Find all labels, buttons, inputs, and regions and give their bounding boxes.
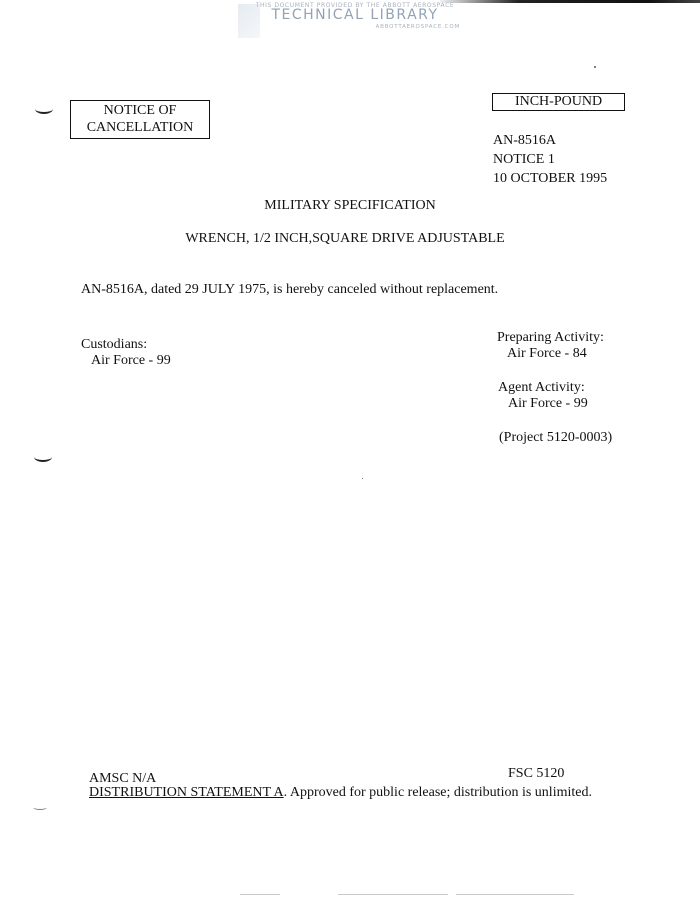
scan-artifact — [338, 894, 448, 895]
watermark-url: ABBOTTAEROSPACE.COM — [340, 24, 460, 30]
scan-artifact — [456, 894, 574, 895]
document-identification: AN-8516A NOTICE 1 10 OCTOBER 1995 — [493, 131, 607, 188]
binder-hole-mark — [35, 104, 53, 114]
notice-number: NOTICE 1 — [493, 150, 607, 169]
notice-of-cancellation-box: NOTICE OF CANCELLATION — [70, 100, 210, 139]
inch-pound-box: INCH-POUND — [492, 93, 625, 111]
binder-hole-mark — [34, 452, 52, 462]
preparing-activity-value: Air Force - 84 — [507, 346, 587, 362]
fsc-code: FSC 5120 — [508, 766, 564, 782]
cancellation-line-2: CANCELLATION — [71, 119, 209, 136]
scan-artifact — [240, 894, 280, 895]
scan-speck — [362, 478, 363, 479]
binder-hole-mark — [33, 805, 47, 810]
project-number: (Project 5120-0003) — [499, 430, 612, 446]
document-number: AN-8516A — [493, 131, 607, 150]
specification-subject: WRENCH, 1/2 INCH,SQUARE DRIVE ADJUSTABLE — [0, 231, 690, 247]
watermark-title: TECHNICAL LIBRARY — [255, 7, 455, 23]
distribution-label: DISTRIBUTION STATEMENT A — [89, 785, 284, 800]
scan-speck — [594, 66, 596, 68]
custodian-item: Air Force - 99 — [91, 353, 171, 369]
notice-date: 10 OCTOBER 1995 — [493, 169, 607, 188]
units-label: INCH-POUND — [515, 94, 602, 109]
distribution-statement: DISTRIBUTION STATEMENT A. Approved for p… — [89, 785, 592, 801]
cancellation-statement: AN-8516A, dated 29 JULY 1975, is hereby … — [81, 282, 498, 298]
agent-activity-value: Air Force - 99 — [508, 396, 588, 412]
specification-type: MILITARY SPECIFICATION — [0, 198, 700, 214]
preparing-activity-label: Preparing Activity: — [497, 330, 604, 346]
distribution-text: . Approved for public release; distribut… — [284, 785, 592, 800]
scan-edge-shadow — [440, 0, 700, 3]
custodians-label: Custodians: — [81, 337, 147, 353]
cancellation-line-1: NOTICE OF — [71, 102, 209, 119]
agent-activity-label: Agent Activity: — [498, 380, 585, 396]
